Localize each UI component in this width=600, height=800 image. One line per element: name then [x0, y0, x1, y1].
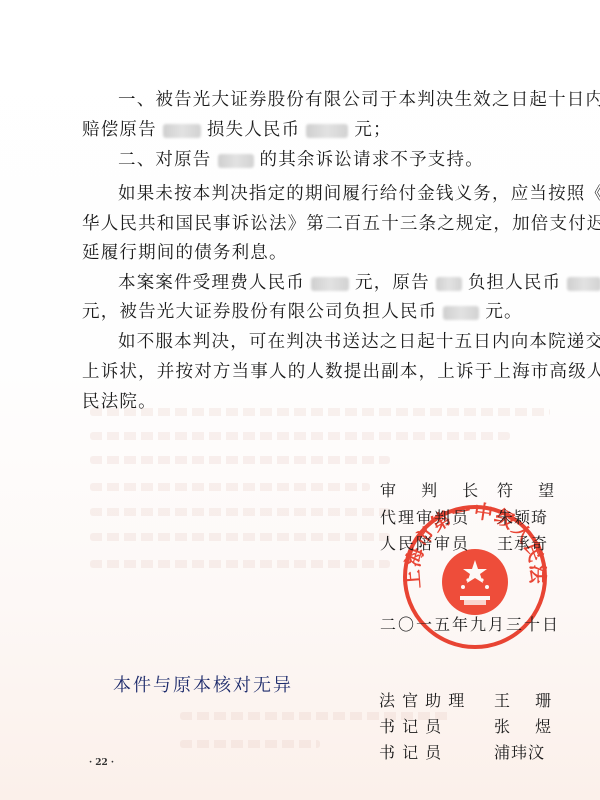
judgment-item-2: 二、对原告的其余诉讼请求不予支持。 [118, 148, 484, 172]
redacted-amount [443, 306, 479, 320]
redacted-plaintiff-name [218, 154, 254, 168]
appeal-notice-line-3: 民法院。 [82, 390, 157, 414]
court-fee-line-1: 本案案件受理费人民币元，原告负担人民币 [118, 271, 600, 295]
appeal-notice-line-1: 如不服本判决，可在判决书送达之日起十五日内向本院递交 [118, 330, 600, 354]
redacted-plaintiff-name [436, 277, 462, 291]
bleed-through-text [90, 432, 510, 440]
redacted-amount [311, 277, 349, 291]
redacted-plaintiff-name [163, 124, 201, 138]
bleed-through-text [90, 483, 370, 491]
redacted-amount [306, 124, 348, 138]
judgment-date: 二〇一五年九月三十日 [380, 614, 560, 636]
late-payment-clause-line-1: 如果未按本判决指定的期间履行给付金钱义务，应当按照《中 [118, 182, 600, 206]
certification-stamp: 本件与原本核对无异 [113, 671, 293, 697]
page-number: · 22 · [89, 758, 114, 768]
bleed-through-text [90, 560, 390, 568]
document-page: 一、被告光大证券股份有限公司于本判决生效之日起十日内 赔偿原告损失人民币元； 二… [0, 0, 600, 800]
bleed-through-text [90, 533, 390, 541]
redacted-amount [567, 277, 600, 291]
court-fee-line-2: 元，被告光大证券股份有限公司负担人民币元。 [82, 300, 523, 324]
bleed-through-text [90, 508, 390, 516]
bleed-through-text [90, 456, 390, 464]
bleed-through-text [180, 740, 320, 748]
bleed-through-text [90, 408, 550, 416]
late-payment-clause-line-2: 华人民共和国民事诉讼法》第二百五十三条之规定，加倍支付迟 [82, 212, 600, 236]
judgment-item-1-line-1: 一、被告光大证券股份有限公司于本判决生效之日起十日内 [118, 88, 600, 112]
late-payment-clause-line-3: 延履行期间的债务利息。 [82, 241, 288, 265]
appeal-notice-line-2: 上诉状，并按对方当事人的人数提出副本，上诉于上海市高级人 [82, 360, 600, 384]
judgment-item-1-line-2: 赔偿原告损失人民币元； [82, 118, 392, 142]
